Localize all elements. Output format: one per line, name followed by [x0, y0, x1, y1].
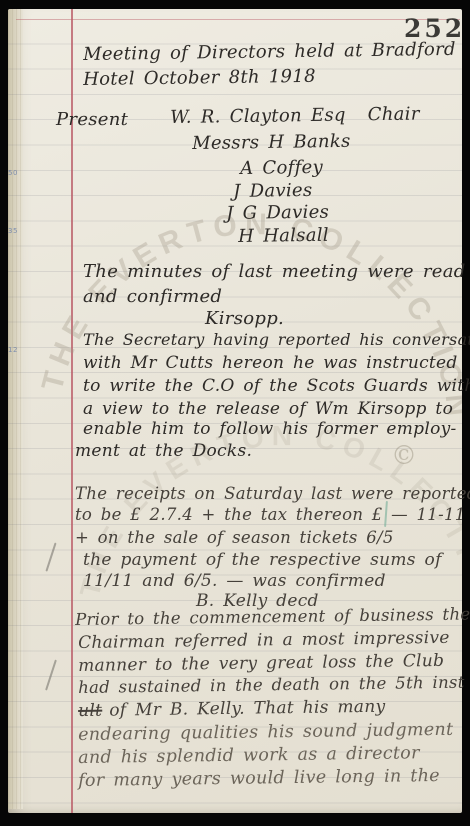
minute-book-page: 50 35 12 THE EVERTON COLLECTION THE EVER…: [8, 9, 462, 813]
line-remainder: of Mr B. Kelly. That his many: [109, 697, 385, 721]
minutes-line: to write the C.O of the Scots Guards wit…: [83, 377, 470, 397]
minutes-line: and confirmed: [83, 287, 222, 308]
photographed-minute-book: { "page_number": "252", "heading": { "li…: [0, 0, 470, 826]
minutes-line: The receipts on Saturday last were repor…: [75, 485, 470, 504]
chairman-name: W. R. Clayton Esq: [170, 105, 346, 128]
present-label: Present: [56, 110, 128, 131]
minutes-line: enable him to follow his former employ-: [83, 420, 457, 440]
minutes-line: a view to the release of Wm Kirsopp to: [83, 400, 453, 420]
section-heading-kirsopp: Kirsopp.: [205, 309, 284, 330]
minutes-line: The Secretary having reported his conver…: [83, 331, 470, 349]
attendee-name: A Coffey: [240, 158, 323, 180]
chairman-role: Chair: [368, 104, 420, 126]
minutes-line: ment at the Docks.: [75, 442, 252, 462]
chairman-line: W. R. Clayton EsqChair: [170, 105, 420, 129]
minutes-line: The minutes of last meeting were read: [83, 262, 466, 283]
meeting-heading-line: Hotel October 8th 1918: [83, 67, 316, 91]
attendee-name: J G Davies: [226, 203, 329, 225]
minutes-line: with Mr Cutts hereon he was instructed: [83, 354, 458, 374]
attendee-name: Messrs H Banks: [192, 132, 351, 155]
attendee-name: H Halsall: [238, 226, 329, 248]
copyright-symbol-watermark: ©: [391, 441, 417, 471]
head-margin-line: [16, 19, 460, 20]
minutes-line: + on the sale of season tickets 6/5: [75, 529, 394, 548]
struck-word: ult: [78, 701, 102, 721]
minutes-line: the payment of the respective sums of: [83, 551, 442, 571]
minutes-line: 11/11 and 6/5. — was confirmed: [83, 572, 386, 592]
attendee-name: J Davies: [233, 181, 313, 203]
minutes-line: to be £ 2.7.4 + the tax thereon £ — 11-1…: [75, 506, 466, 525]
